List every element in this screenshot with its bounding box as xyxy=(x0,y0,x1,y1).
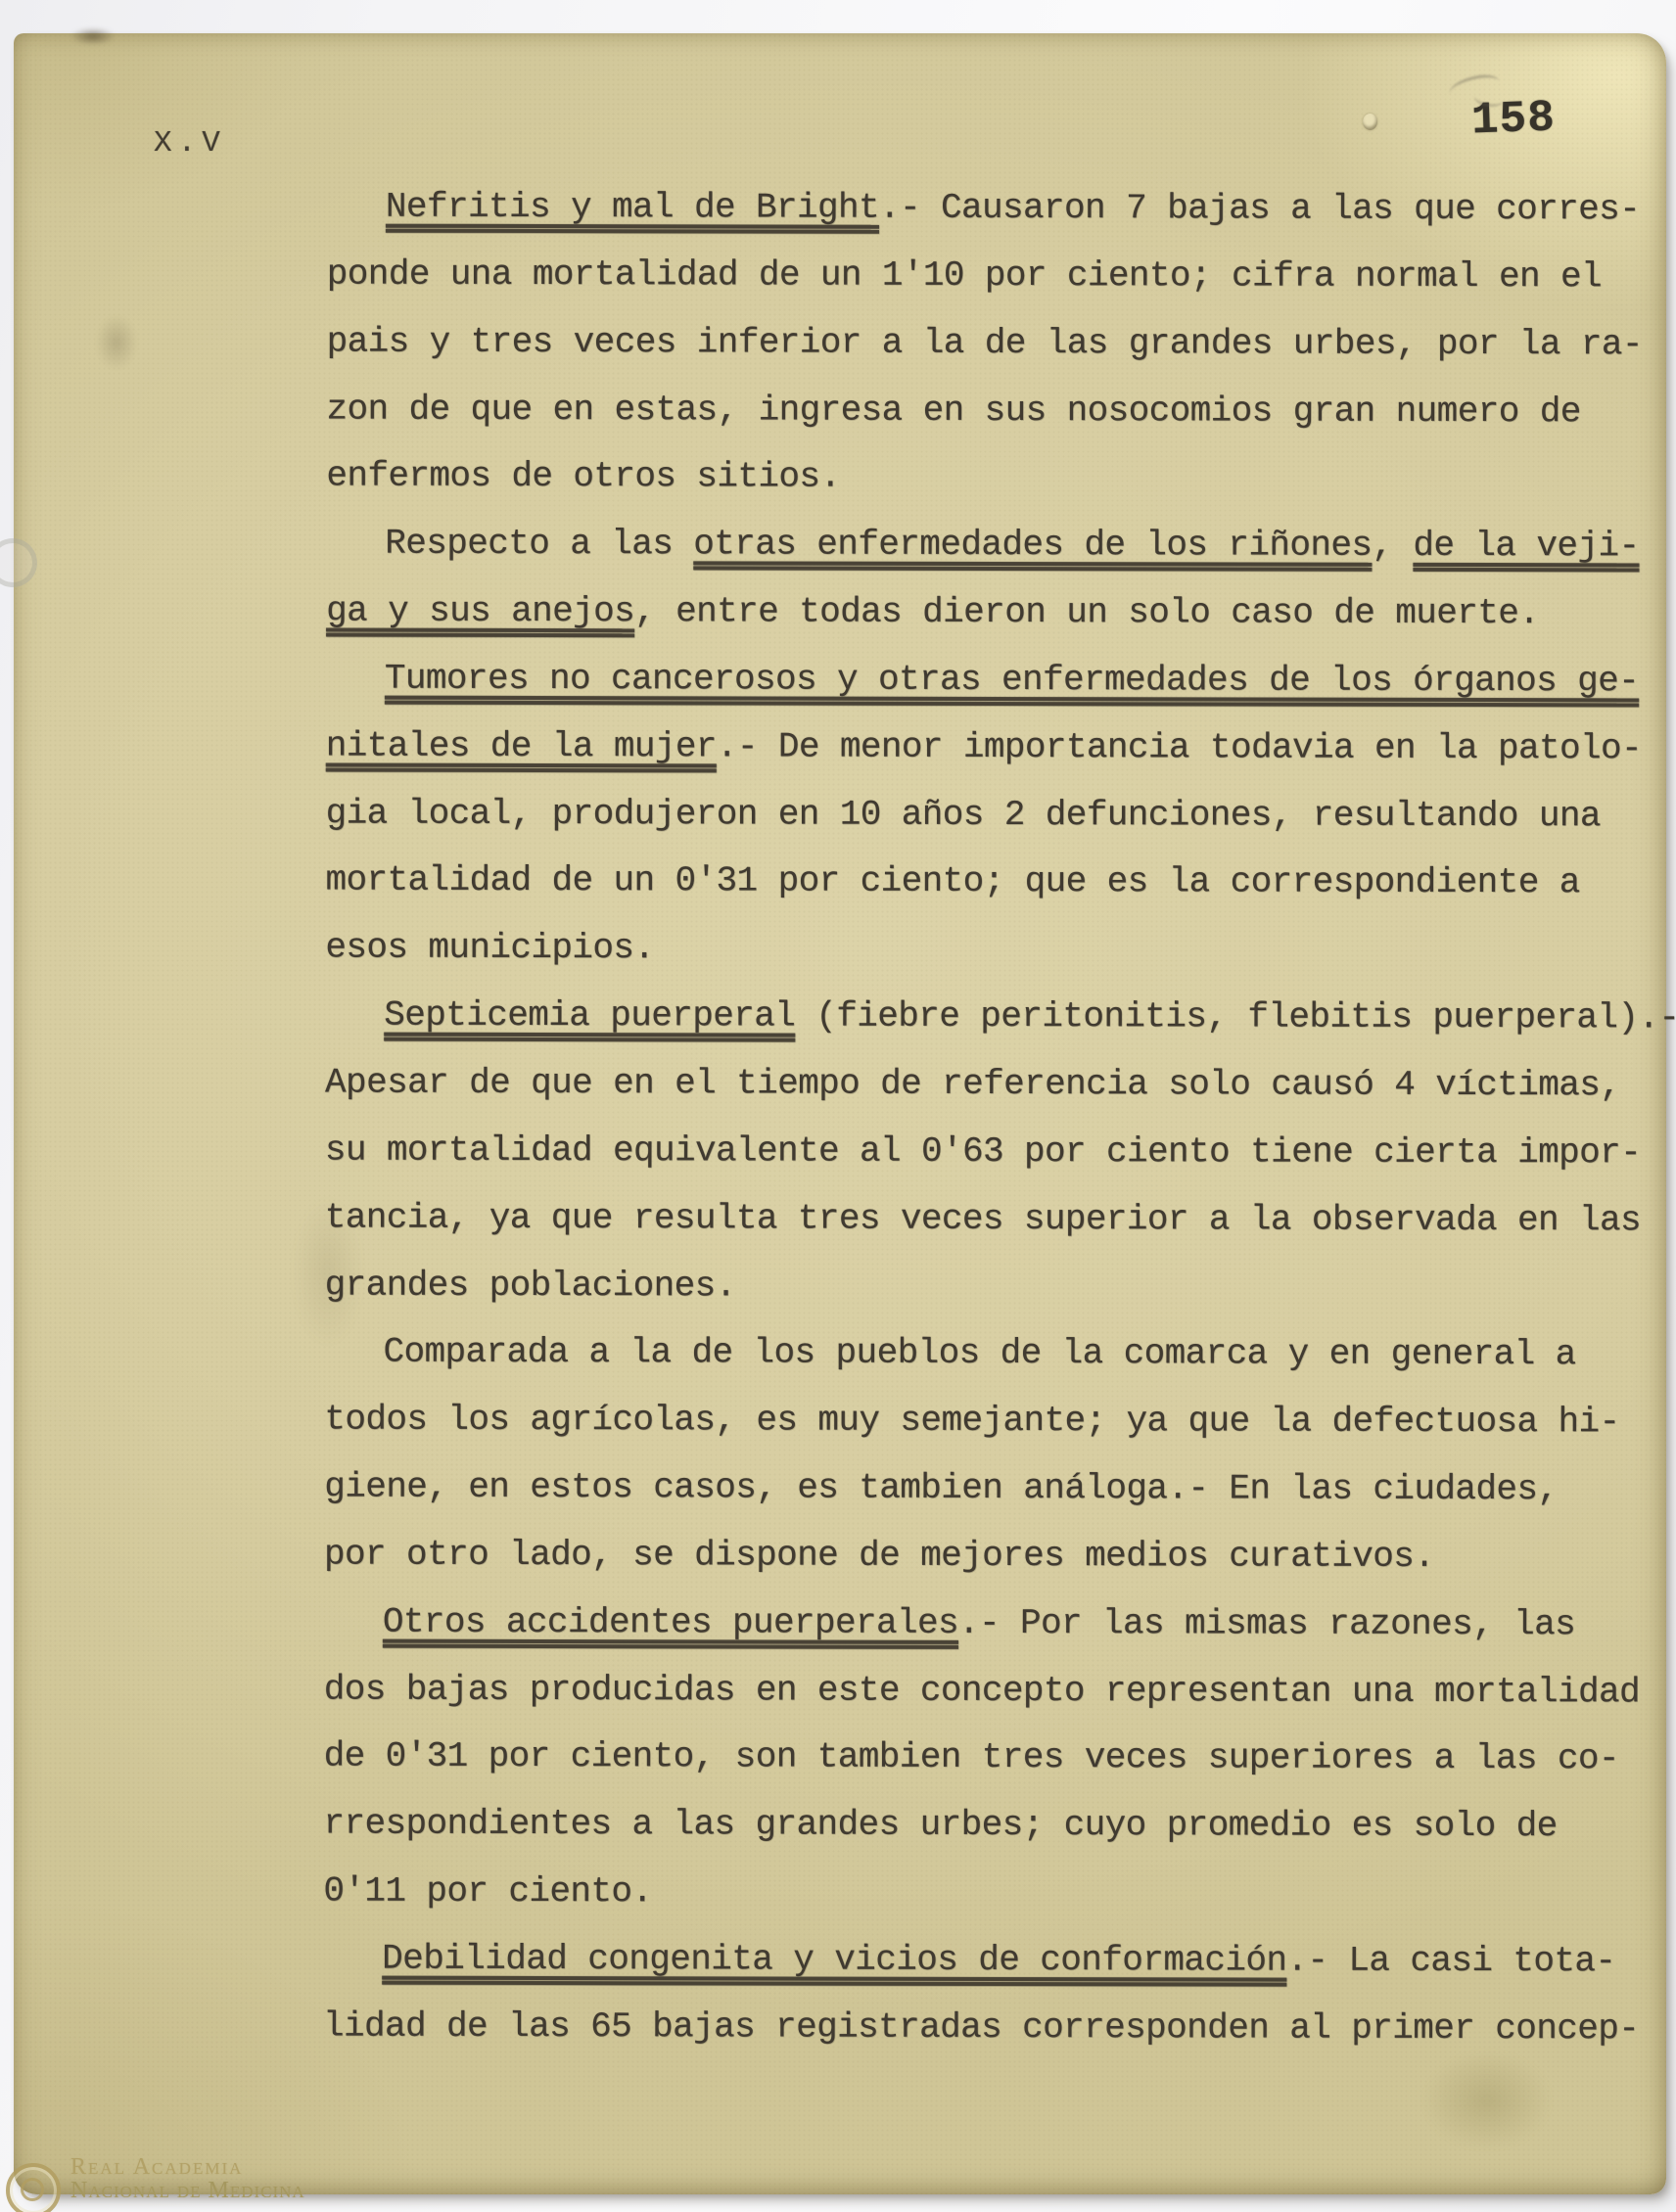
typewritten-line: nitales de la mujer.- De menor importanc… xyxy=(326,713,1672,783)
typewritten-line: zon de que en estas, ingresa en sus noso… xyxy=(326,376,1672,446)
typewritten-line: Tumores no cancerosos y otras enfermedad… xyxy=(326,645,1672,715)
watermark-line2: Nacional de Medicina xyxy=(70,2179,305,2202)
text-segment: giene, en estos casos, es tambien análog… xyxy=(324,1467,1558,1510)
archive-watermark: Real Academia Nacional de Medicina xyxy=(6,2155,305,2212)
typewritten-line: Otros accidentes puerperales.- Por las m… xyxy=(324,1589,1670,1659)
archive-watermark-text: Real Academia Nacional de Medicina xyxy=(70,2155,305,2202)
typescript-lines: Nefritis y mal de Bright.- Causaron 7 ba… xyxy=(323,174,1673,2064)
typewritten-line: enfermos de otros sitios. xyxy=(326,443,1672,514)
text-segment: rrespondientes a las grandes urbes; cuyo… xyxy=(323,1804,1557,1847)
text-segment: gia local, produjeron en 10 años 2 defun… xyxy=(326,793,1601,836)
typewritten-line: mortalidad de un 0'31 por ciento; que es… xyxy=(325,848,1671,918)
text-segment: .- Causaron 7 bajas a las que corres- xyxy=(879,188,1640,230)
text-segment: enfermos de otros sitios. xyxy=(326,456,840,497)
typewritten-line: todos los agrícolas, es muy semejante; y… xyxy=(324,1387,1670,1457)
text-segment: Respecto a las xyxy=(385,524,693,565)
typewritten-line: tancia, ya que resulta tres veces superi… xyxy=(325,1184,1671,1255)
underlined-phrase: Debilidad congenita y vicios de conforma… xyxy=(382,1939,1286,1981)
scanned-document-page: X.V 158 Nefritis y mal de Bright.- Causa… xyxy=(0,0,1676,2212)
text-segment: .- De menor importancia todavia en la pa… xyxy=(717,726,1642,768)
text-segment: Comparada a la de los pueblos de la coma… xyxy=(383,1332,1575,1375)
text-segment: Apesar de que en el tiempo de referencia… xyxy=(325,1063,1620,1106)
typewritten-line: pais y tres veces inferior a la de las g… xyxy=(327,308,1673,379)
underlined-phrase: otras enfermedades de los riñones xyxy=(693,525,1372,566)
typewritten-line: su mortalidad equivalente al 0'63 por ci… xyxy=(325,1117,1671,1187)
typewritten-line: ponde una mortalidad de un 1'10 por cien… xyxy=(327,241,1673,311)
typewritten-line: lidad de las 65 bajas registradas corres… xyxy=(323,1993,1669,2063)
paper-stain xyxy=(1423,2051,1551,2149)
text-segment: ponde una mortalidad de un 1'10 por cien… xyxy=(327,253,1602,297)
paper-flaw-dot xyxy=(1363,114,1377,130)
text-segment: todos los agrícolas, es muy semejante; y… xyxy=(324,1400,1619,1443)
text-segment: de 0'31 por ciento, son tambien tres vec… xyxy=(324,1736,1619,1779)
typewritten-line: por otro lado, se dispone de mejores med… xyxy=(324,1521,1670,1591)
text-segment: dos bajas producidas en este concepto re… xyxy=(324,1669,1640,1712)
underlined-phrase: Nefritis y mal de Bright xyxy=(386,187,879,228)
text-segment: lidad de las 65 bajas registradas corres… xyxy=(323,2005,1639,2049)
text-segment: zon de que en estas, ingresa en sus noso… xyxy=(326,389,1580,432)
text-segment: esos municipios. xyxy=(325,928,654,969)
text-segment: , xyxy=(1372,526,1413,566)
typewritten-line: de 0'31 por ciento, son tambien tres vec… xyxy=(324,1724,1670,1794)
underlined-phrase: Septicemia puerperal xyxy=(384,995,795,1037)
text-segment: .- La casi tota- xyxy=(1286,1941,1615,1982)
typewritten-line: esos municipios. xyxy=(325,915,1671,986)
typewritten-line: gia local, produjeron en 10 años 2 defun… xyxy=(326,780,1672,851)
text-segment: tancia, ya que resulta tres veces superi… xyxy=(325,1197,1641,1240)
text-segment: , entre todas dieron un solo caso de mue… xyxy=(634,591,1539,633)
underlined-phrase: Tumores no cancerosos y otras enfermedad… xyxy=(385,659,1639,702)
typewritten-line: Nefritis y mal de Bright.- Causaron 7 ba… xyxy=(327,174,1673,245)
typewritten-line: Apesar de que en el tiempo de referencia… xyxy=(325,1050,1671,1121)
text-segment: por otro lado, se dispone de mejores med… xyxy=(324,1534,1434,1576)
text-segment: su mortalidad equivalente al 0'63 por ci… xyxy=(325,1129,1641,1173)
watermark-line1: Real Academia xyxy=(70,2155,305,2179)
text-segment: grandes poblaciones. xyxy=(325,1265,736,1306)
text-segment: .- Por las mismas razones, las xyxy=(958,1603,1575,1644)
typewritten-line: 0'11 por ciento. xyxy=(323,1859,1669,1929)
underlined-phrase: ga y sus anejos xyxy=(326,591,634,632)
typewritten-line: dos bajas producidas en este concepto re… xyxy=(324,1656,1670,1727)
paper-stain xyxy=(70,27,116,45)
typewritten-line: Respecto a las otras enfermedades de los… xyxy=(326,511,1672,581)
typewritten-line: Septicemia puerperal (fiebre peritonitis… xyxy=(325,983,1671,1053)
underlined-phrase: de la veji- xyxy=(1413,526,1639,566)
manuscript-paper-sheet: X.V 158 Nefritis y mal de Bright.- Causa… xyxy=(14,33,1666,2194)
underlined-phrase: nitales de la mujer xyxy=(326,725,717,766)
typewritten-line: rrespondientes a las grandes urbes; cuyo… xyxy=(323,1791,1669,1862)
text-segment: mortalidad de un 0'31 por ciento; que es… xyxy=(325,860,1579,903)
text-segment: (fiebre peritonitis, flebitis puerperal)… xyxy=(795,996,1676,1038)
underlined-phrase: Otros accidentes puerperales xyxy=(383,1601,958,1642)
typewritten-line: giene, en estos casos, es tambien análog… xyxy=(324,1454,1670,1525)
paper-stain xyxy=(96,315,137,370)
typewritten-line: Debilidad congenita y vicios de conforma… xyxy=(323,1925,1669,1996)
typewritten-line: grandes poblaciones. xyxy=(325,1252,1671,1322)
text-segment: pais y tres veces inferior a la de las g… xyxy=(327,321,1643,364)
text-segment: 0'11 por ciento. xyxy=(323,1871,652,1912)
typewritten-line: Comparada a la de los pueblos de la coma… xyxy=(324,1319,1670,1390)
academy-emblem-icon xyxy=(6,2163,61,2212)
typewritten-line: ga y sus anejos, entre todas dieron un s… xyxy=(326,578,1672,649)
chapter-margin-note: X.V xyxy=(154,126,226,161)
